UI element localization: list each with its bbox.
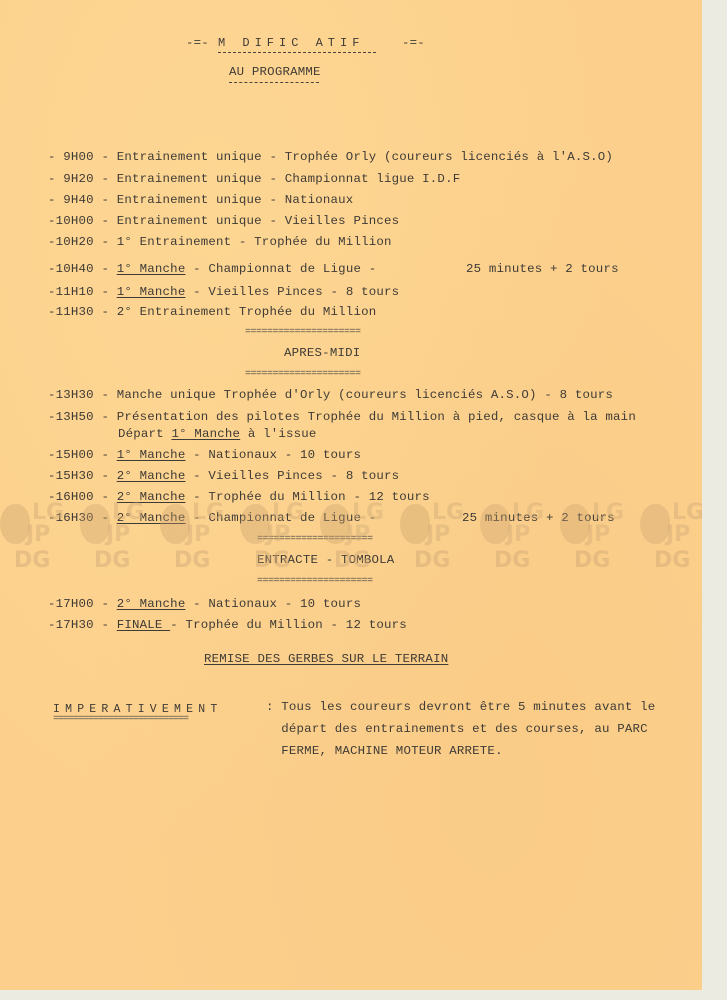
schedule-time: -17H00 -	[48, 597, 117, 611]
schedule-row-continuation: Départ 1° Manche à l'issue	[118, 427, 317, 441]
schedule-time: -16H00 -	[48, 490, 117, 504]
watermark-text: LG	[432, 500, 464, 525]
subtitle-underline	[229, 82, 319, 83]
race-heat-label: 1° Manche	[117, 285, 186, 299]
watermark-text: JP	[506, 522, 530, 547]
schedule-description: Entrainement unique - Nationaux	[117, 193, 354, 207]
schedule-row: -15H30 - 2° Manche - Vieilles Pinces - 8…	[48, 469, 399, 483]
race-heat-label: 2° Manche	[117, 511, 186, 525]
separator: =====================	[257, 576, 373, 587]
schedule-time: -11H10 -	[48, 285, 117, 299]
schedule-description: - Nationaux - 10 tours	[185, 597, 361, 611]
closing-note: REMISE DES GERBES SUR LE TERRAIN	[204, 652, 448, 666]
portrait-icon	[640, 504, 670, 544]
schedule-time: -13H50 -	[48, 410, 117, 424]
separator: =====================	[257, 534, 373, 545]
race-heat-label: 1° Manche	[171, 427, 240, 441]
schedule-row: -15H00 - 1° Manche - Nationaux - 10 tour…	[48, 448, 361, 462]
watermark-text: JP	[186, 522, 210, 547]
race-heat-label: FINALE	[117, 618, 170, 632]
schedule-row: -13H30 - Manche unique Trophée d'Orly (c…	[48, 388, 613, 402]
schedule-time: -15H00 -	[48, 448, 117, 462]
schedule-description: Présentation des pilotes Trophée du Mill…	[117, 410, 636, 424]
race-heat-label: 2° Manche	[117, 469, 186, 483]
schedule-row: -10H00 - Entrainement unique - Vieilles …	[48, 214, 399, 228]
portrait-icon	[0, 504, 30, 544]
schedule-row: -10H20 - 1° Entrainement - Trophée du Mi…	[48, 235, 392, 249]
watermark-logo: LGJPDG	[636, 500, 702, 578]
schedule-row: - 9H40 - Entrainement unique - Nationaux	[48, 193, 353, 207]
schedule-description: Entrainement unique - Vieilles Pinces	[117, 214, 400, 228]
schedule-duration: 25 minutes + 2 tours	[462, 511, 615, 525]
race-heat-label: 2° Manche	[117, 490, 186, 504]
watermark-text: JP	[26, 522, 50, 547]
title-underline	[218, 52, 376, 53]
schedule-row: -17H30 - FINALE - Trophée du Million - 1…	[48, 618, 407, 632]
schedule-time: -13H30 -	[48, 388, 117, 402]
document-page: -=- M DIFIC ATIF -=- AU PROGRAMME - 9H00…	[0, 0, 702, 990]
schedule-description: 2° Entrainement Trophée du Million	[117, 305, 377, 319]
schedule-row: -13H50 - Présentation des pilotes Trophé…	[48, 410, 636, 424]
schedule-description: 1° Entrainement - Trophée du Million	[117, 235, 392, 249]
notice-label-underline: ===========================	[53, 714, 188, 725]
watermark-text: JP	[586, 522, 610, 547]
schedule-time: - 9H20 -	[48, 172, 117, 186]
schedule-description: - Championnat de Ligue -	[185, 511, 376, 525]
schedule-row: -17H00 - 2° Manche - Nationaux - 10 tour…	[48, 597, 361, 611]
watermark-text: DG	[494, 548, 530, 573]
schedule-description: - Championnat de Ligue -	[185, 262, 376, 276]
watermark-text: JP	[106, 522, 130, 547]
schedule-duration: 25 minutes + 2 tours	[466, 262, 619, 276]
schedule-time: -10H40 -	[48, 262, 117, 276]
schedule-row: -11H30 - 2° Entrainement Trophée du Mill…	[48, 305, 376, 319]
schedule-time: -11H30 -	[48, 305, 117, 319]
schedule-time: -15H30 -	[48, 469, 117, 483]
watermark-text: DG	[14, 548, 50, 573]
schedule-time: -10H00 -	[48, 214, 117, 228]
watermark-text: LG	[672, 500, 702, 525]
schedule-description: - Vieilles Pinces - 8 tours	[185, 469, 399, 483]
notice-line: départ des entrainements et des courses,…	[266, 722, 648, 736]
watermark-text: JP	[426, 522, 450, 547]
separator: =====================	[245, 327, 361, 338]
schedule-row: - 9H00 - Entrainement unique - Trophée O…	[48, 150, 613, 164]
title-deco-right: -=-	[402, 36, 425, 50]
race-heat-label: 2° Manche	[117, 597, 186, 611]
schedule-time: - 9H40 -	[48, 193, 117, 207]
portrait-icon	[400, 504, 430, 544]
schedule-time: -10H20 -	[48, 235, 117, 249]
schedule-description: - Vieilles Pinces - 8 tours	[185, 285, 399, 299]
schedule-description: - Trophée du Million - 12 tours	[170, 618, 407, 632]
schedule-description: Entrainement unique - Trophée Orly (cour…	[117, 150, 613, 164]
watermark-text: DG	[654, 548, 690, 573]
schedule-description: Entrainement unique - Championnat ligue …	[117, 172, 461, 186]
notice-line: : Tous les coureurs devront être 5 minut…	[266, 700, 655, 714]
schedule-time: -17H30 -	[48, 618, 117, 632]
separator: =====================	[245, 369, 361, 380]
schedule-description: Départ	[118, 427, 171, 441]
schedule-row: -10H40 - 1° Manche - Championnat de Ligu…	[48, 262, 376, 276]
schedule-row: - 9H20 - Entrainement unique - Championn…	[48, 172, 460, 186]
race-heat-label: 1° Manche	[117, 262, 186, 276]
schedule-description: - Trophée du Million - 12 tours	[185, 490, 429, 504]
watermark-text: DG	[94, 548, 130, 573]
afternoon-heading: APRES-MIDI	[284, 346, 360, 360]
race-heat-label: 1° Manche	[117, 448, 186, 462]
notice-line: FERME, MACHINE MOTEUR ARRETE.	[266, 744, 503, 758]
schedule-row: -11H10 - 1° Manche - Vieilles Pinces - 8…	[48, 285, 399, 299]
watermark-text: DG	[574, 548, 610, 573]
schedule-description: Manche unique Trophée d'Orly (coureurs l…	[117, 388, 613, 402]
schedule-description: - Nationaux - 10 tours	[185, 448, 361, 462]
schedule-row: -16H00 - 2° Manche - Trophée du Million …	[48, 490, 430, 504]
document-title: M DIFIC ATIF	[218, 36, 364, 50]
schedule-time: - 9H00 -	[48, 150, 117, 164]
watermark-text: JP	[666, 522, 690, 547]
schedule-description: à l'issue	[240, 427, 316, 441]
schedule-row: -16H30 - 2° Manche - Championnat de Ligu…	[48, 511, 376, 525]
watermark-text: DG	[174, 548, 210, 573]
watermark-text: DG	[414, 548, 450, 573]
title-deco-left: -=-	[186, 36, 209, 50]
document-subtitle: AU PROGRAMME	[229, 65, 321, 79]
intermission-heading: ENTRACTE - TOMBOLA	[257, 553, 394, 567]
schedule-time: -16H30 -	[48, 511, 117, 525]
